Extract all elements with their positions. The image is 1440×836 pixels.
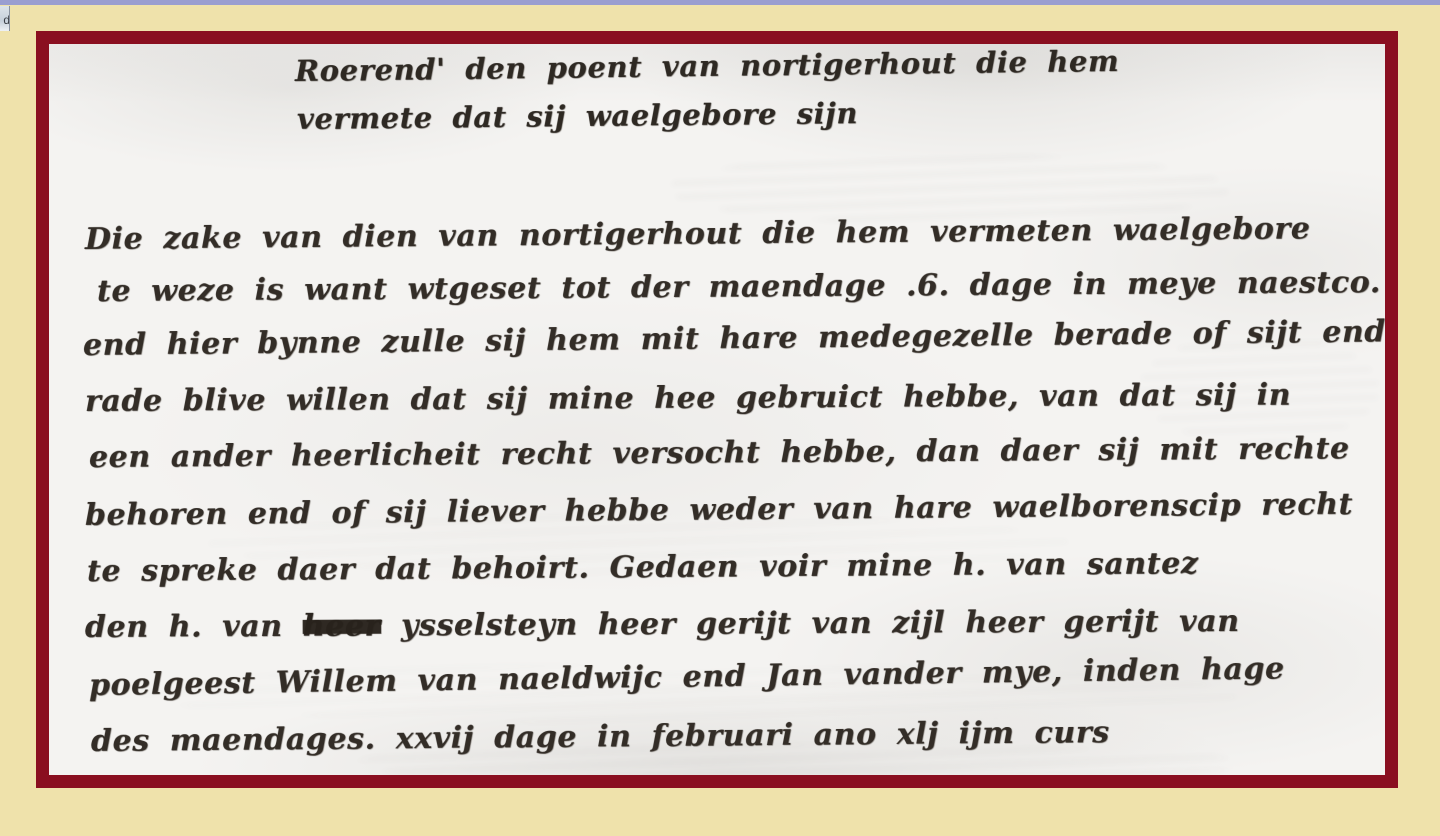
manuscript-body-line-2: te weze is want wtgeset tot der maendage… [97, 265, 1381, 309]
manuscript-body-line-7: te spreke daer dat behoirt. Gedaen voir … [87, 546, 1199, 589]
line-8-text-after: ysselsteyn heer gerijt van zijl heer ger… [381, 604, 1240, 643]
manuscript-body-line-6: behoren end of sij liever hebbe weder va… [85, 487, 1353, 533]
manuscript-body-line-8: den h. van heer ysselsteyn heer gerijt v… [85, 604, 1240, 645]
manuscript-scan: Roerend' den poent van nortigerhout die … [49, 44, 1385, 775]
line-8-struck-word: heer [303, 608, 381, 643]
manuscript-heading-line-1: Roerend' den poent van nortigerhout die … [295, 44, 1120, 88]
manuscript-heading-line-2: vermete dat sij waelgebore sijn [297, 96, 858, 136]
manuscript-frame: Roerend' den poent van nortigerhout die … [36, 31, 1398, 788]
window-edge-strip [0, 0, 1440, 5]
manuscript-body-line-5: een ander heerlicheit recht versocht heb… [89, 431, 1350, 475]
manuscript-body-line-1: Die zake van dien van nortigerhout die h… [85, 211, 1311, 257]
manuscript-body-line-10: des maendages. xxvij dage in februari an… [91, 715, 1110, 759]
line-8-text-before: den h. van [85, 609, 303, 645]
screen: d Roerend' den poent van nortigerhout di… [0, 0, 1440, 836]
manuscript-body-line-9: poelgeest Willem van naeldwijc end Jan v… [89, 651, 1285, 703]
fragment-letter: d [3, 14, 10, 26]
background-window-fragment: d [0, 6, 10, 31]
manuscript-body-line-3: end hier bynne zulle sij hem mit hare me… [83, 314, 1385, 363]
manuscript-body-line-4: rade blive willen dat sij mine hee gebru… [85, 378, 1291, 419]
